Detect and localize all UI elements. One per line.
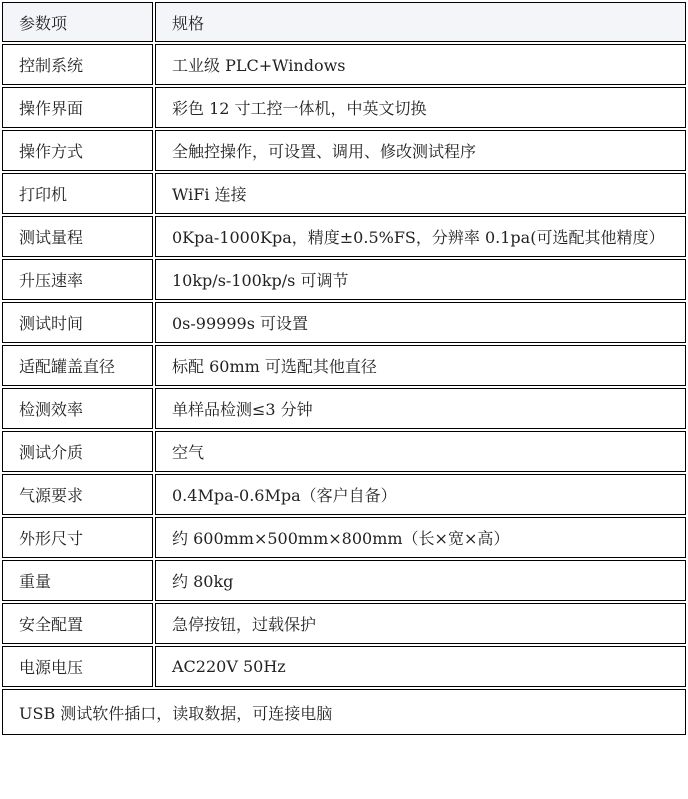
spec-cell: 全触控操作，可设置、调用、修改测试程序 — [155, 130, 686, 171]
param-cell: 打印机 — [2, 173, 153, 214]
param-cell: 控制系统 — [2, 44, 153, 85]
param-cell: 升压速率 — [2, 259, 153, 300]
spec-cell: 彩色 12 寸工控一体机，中英文切换 — [155, 87, 686, 128]
param-cell: 测试量程 — [2, 216, 153, 257]
table-row: 电源电压 AC220V 50Hz — [2, 646, 686, 687]
table-header-row: 参数项 规格 — [2, 2, 686, 42]
spec-cell: 0.4Mpa-0.6Mpa（客户自备） — [155, 474, 686, 515]
spec-cell: AC220V 50Hz — [155, 646, 686, 687]
spec-cell: 0Kpa-1000Kpa，精度±0.5%FS，分辨率 0.1pa(可选配其他精度… — [155, 216, 686, 257]
table-row: 测试介质 空气 — [2, 431, 686, 472]
spec-cell: 0s-99999s 可设置 — [155, 302, 686, 343]
spec-cell: 标配 60mm 可选配其他直径 — [155, 345, 686, 386]
spec-cell: 约 80kg — [155, 560, 686, 601]
table-row: 测试量程 0Kpa-1000Kpa，精度±0.5%FS，分辨率 0.1pa(可选… — [2, 216, 686, 257]
table-row: 检测效率 单样品检测≤3 分钟 — [2, 388, 686, 429]
param-cell: 测试介质 — [2, 431, 153, 472]
spec-cell: 急停按钮，过载保护 — [155, 603, 686, 644]
table-row: 测试时间 0s-99999s 可设置 — [2, 302, 686, 343]
param-cell: 操作方式 — [2, 130, 153, 171]
table-row: 升压速率 10kp/s-100kp/s 可调节 — [2, 259, 686, 300]
table-row: 操作界面 彩色 12 寸工控一体机，中英文切换 — [2, 87, 686, 128]
param-cell: 适配罐盖直径 — [2, 345, 153, 386]
spec-cell: 单样品检测≤3 分钟 — [155, 388, 686, 429]
spec-cell: 10kp/s-100kp/s 可调节 — [155, 259, 686, 300]
table-row: 控制系统 工业级 PLC+Windows — [2, 44, 686, 85]
table-row: 操作方式 全触控操作，可设置、调用、修改测试程序 — [2, 130, 686, 171]
param-cell: 测试时间 — [2, 302, 153, 343]
spec-table: 参数项 规格 控制系统 工业级 PLC+Windows 操作界面 彩色 12 寸… — [0, 0, 688, 737]
param-cell: 电源电压 — [2, 646, 153, 687]
table-row: 安全配置 急停按钮，过载保护 — [2, 603, 686, 644]
spec-cell: WiFi 连接 — [155, 173, 686, 214]
footer-note: USB 测试软件插口，读取数据，可连接电脑 — [2, 689, 686, 735]
header-param: 参数项 — [2, 2, 153, 42]
table-footer-row: USB 测试软件插口，读取数据，可连接电脑 — [2, 689, 686, 735]
param-cell: 气源要求 — [2, 474, 153, 515]
spec-cell: 工业级 PLC+Windows — [155, 44, 686, 85]
param-cell: 安全配置 — [2, 603, 153, 644]
table-row: 重量 约 80kg — [2, 560, 686, 601]
param-cell: 检测效率 — [2, 388, 153, 429]
spec-cell: 约 600mm×500mm×800mm（长×宽×高） — [155, 517, 686, 558]
table-row: 气源要求 0.4Mpa-0.6Mpa（客户自备） — [2, 474, 686, 515]
param-cell: 外形尺寸 — [2, 517, 153, 558]
table-row: 适配罐盖直径 标配 60mm 可选配其他直径 — [2, 345, 686, 386]
param-cell: 重量 — [2, 560, 153, 601]
spec-cell: 空气 — [155, 431, 686, 472]
param-cell: 操作界面 — [2, 87, 153, 128]
header-spec: 规格 — [155, 2, 686, 42]
table-row: 外形尺寸 约 600mm×500mm×800mm（长×宽×高） — [2, 517, 686, 558]
table-row: 打印机 WiFi 连接 — [2, 173, 686, 214]
